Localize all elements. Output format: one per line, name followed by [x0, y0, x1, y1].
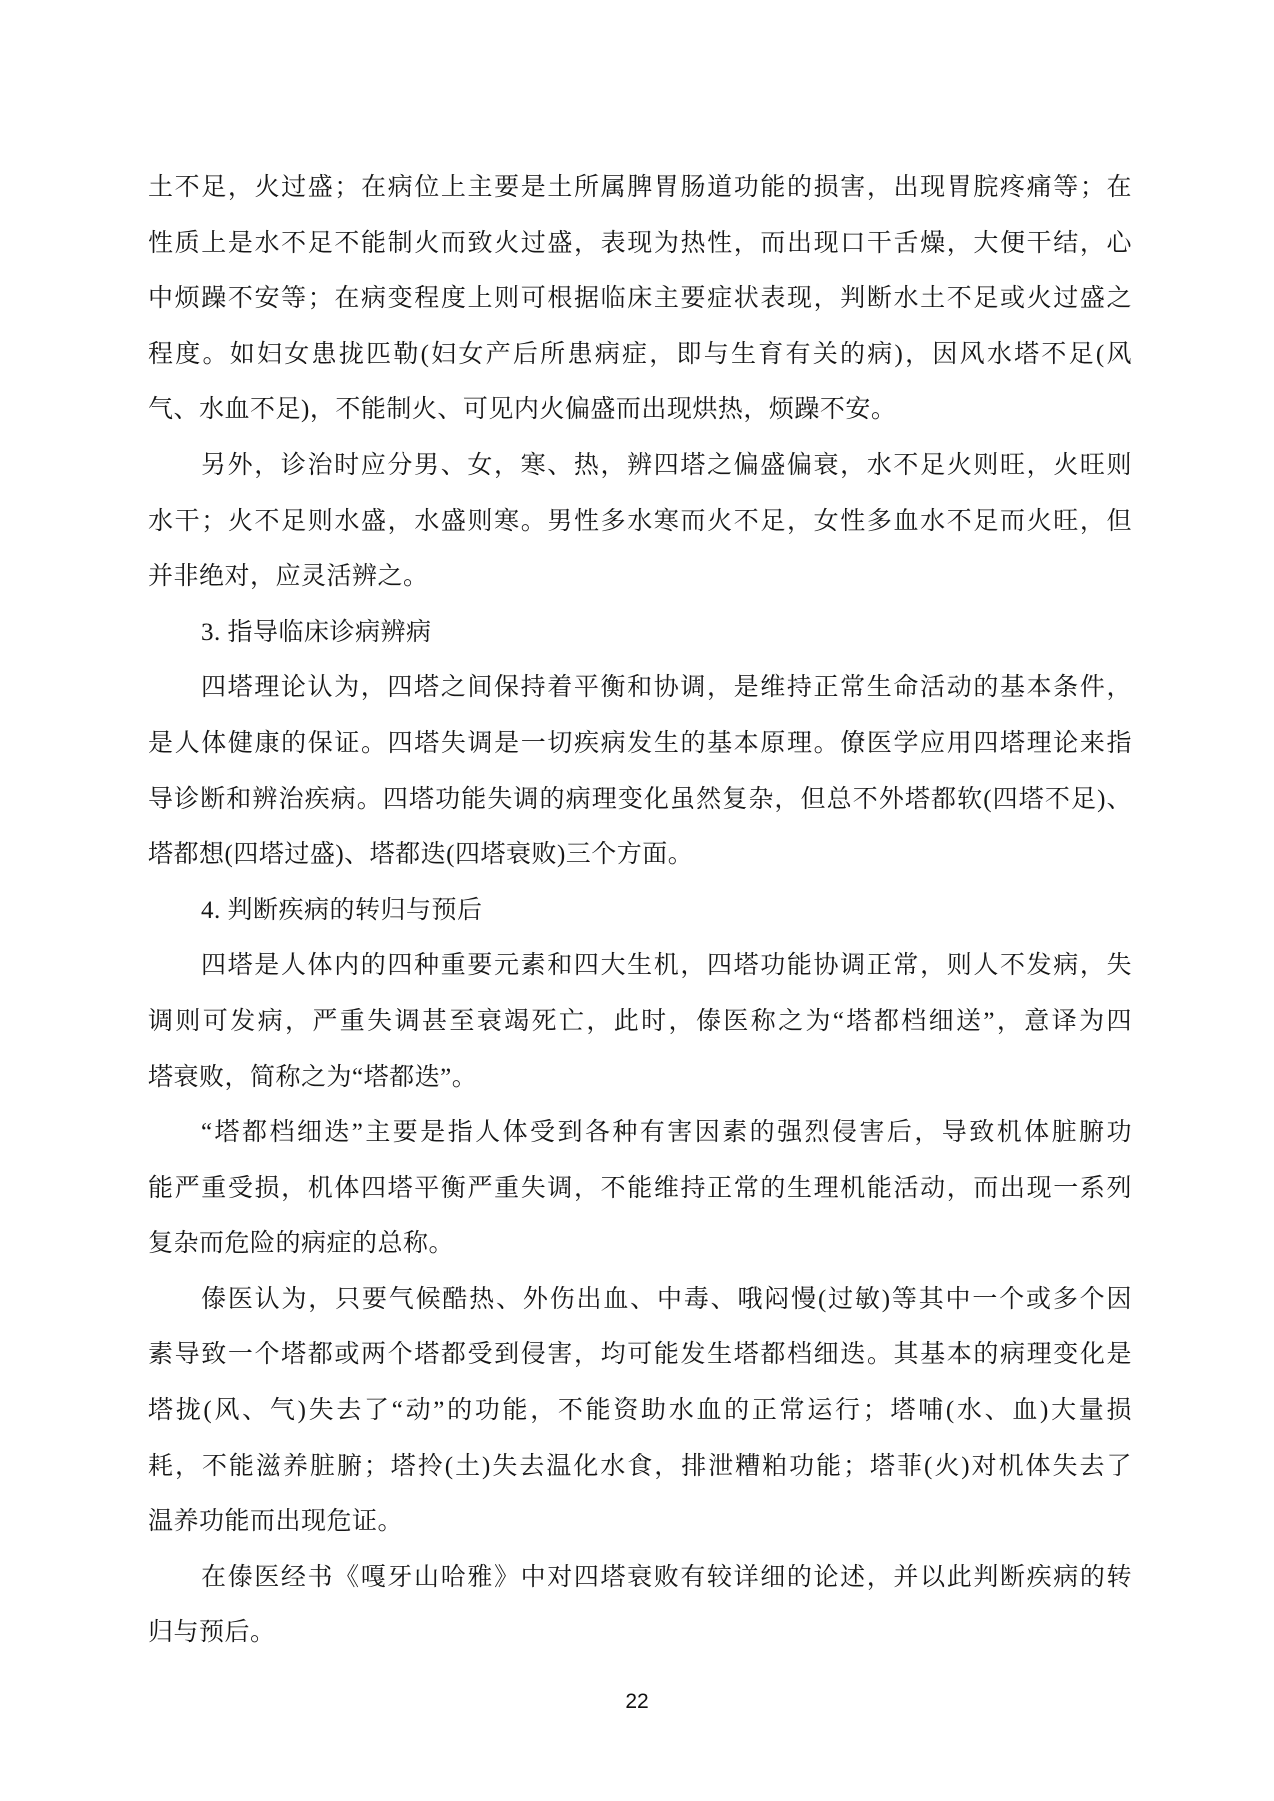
text-line: 温养功能而出现危证。	[148, 1494, 1132, 1550]
text-line: 土不足，火过盛；在病位上主要是土所属脾胃肠道功能的损害，出现胃脘疼痛等；在	[148, 160, 1132, 216]
text-line: 素导致一个塔都或两个塔都受到侵害，均可能发生塔都档细迭。其基本的病理变化是	[148, 1327, 1132, 1383]
text-line: 傣医认为，只要气候酷热、外伤出血、中毒、哦闷慢(过敏)等其中一个或多个因	[148, 1272, 1132, 1328]
text-line: 耗，不能滋养脏腑；塔拎(土)失去温化水食，排泄糟粕功能；塔菲(火)对机体失去了	[148, 1439, 1132, 1495]
section-heading: 4. 判断疾病的转归与预后	[148, 883, 1132, 939]
text-line: 塔衰败，简称之为“塔都迭”。	[148, 1050, 1132, 1106]
text-line: 水干；火不足则水盛，水盛则寒。男性多水寒而火不足，女性多血水不足而火旺，但	[148, 494, 1132, 550]
text-line: 四塔是人体内的四种重要元素和四大生机，四塔功能协调正常，则人不发病，失	[148, 938, 1132, 994]
text-line: 气、水血不足)，不能制火、可见内火偏盛而出现烘热，烦躁不安。	[148, 382, 1132, 438]
text-line: 塔拢(风、气)失去了“动”的功能，不能资助水血的正常运行；塔哺(水、血)大量损	[148, 1383, 1132, 1439]
document-page: 土不足，火过盛；在病位上主要是土所属脾胃肠道功能的损害，出现胃脘疼痛等；在性质上…	[0, 0, 1274, 1801]
text-line: 程度。如妇女患拢匹勒(妇女产后所患病症，即与生育有关的病)，因风水塔不足(风	[148, 327, 1132, 383]
text-line: 另外，诊治时应分男、女，寒、热，辨四塔之偏盛偏衰，水不足火则旺，火旺则	[148, 438, 1132, 494]
text-line: 是人体健康的保证。四塔失调是一切疾病发生的基本原理。僚医学应用四塔理论来指	[148, 716, 1132, 772]
text-line: 导诊断和辨治疾病。四塔功能失调的病理变化虽然复杂，但总不外塔都软(四塔不足)、	[148, 772, 1132, 828]
text-line: 归与预后。	[148, 1605, 1132, 1661]
text-line: 塔都想(四塔过盛)、塔都迭(四塔衰败)三个方面。	[148, 827, 1132, 883]
text-line: “塔都档细迭”主要是指人体受到各种有害因素的强烈侵害后，导致机体脏腑功	[148, 1105, 1132, 1161]
text-line: 性质上是水不足不能制火而致火过盛，表现为热性，而出现口干舌燥，大便干结，心	[148, 216, 1132, 272]
text-line: 在傣医经书《嘎牙山哈雅》中对四塔衰败有较详细的论述，并以此判断疾病的转	[148, 1550, 1132, 1606]
text-line: 能严重受损，机体四塔平衡严重失调，不能维持正常的生理机能活动，而出现一系列	[148, 1161, 1132, 1217]
section-heading: 3. 指导临床诊病辨病	[148, 605, 1132, 661]
body-text: 土不足，火过盛；在病位上主要是土所属脾胃肠道功能的损害，出现胃脘疼痛等；在性质上…	[148, 160, 1132, 1661]
text-line: 中烦躁不安等；在病变程度上则可根据临床主要症状表现，判断水土不足或火过盛之	[148, 271, 1132, 327]
page-number: 22	[0, 1690, 1274, 1714]
text-line: 并非绝对，应灵活辨之。	[148, 549, 1132, 605]
text-line: 四塔理论认为，四塔之间保持着平衡和协调，是维持正常生命活动的基本条件，	[148, 660, 1132, 716]
text-line: 调则可发病，严重失调甚至衰竭死亡，此时，傣医称之为“塔都档细送”，意译为四	[148, 994, 1132, 1050]
text-line: 复杂而危险的病症的总称。	[148, 1216, 1132, 1272]
